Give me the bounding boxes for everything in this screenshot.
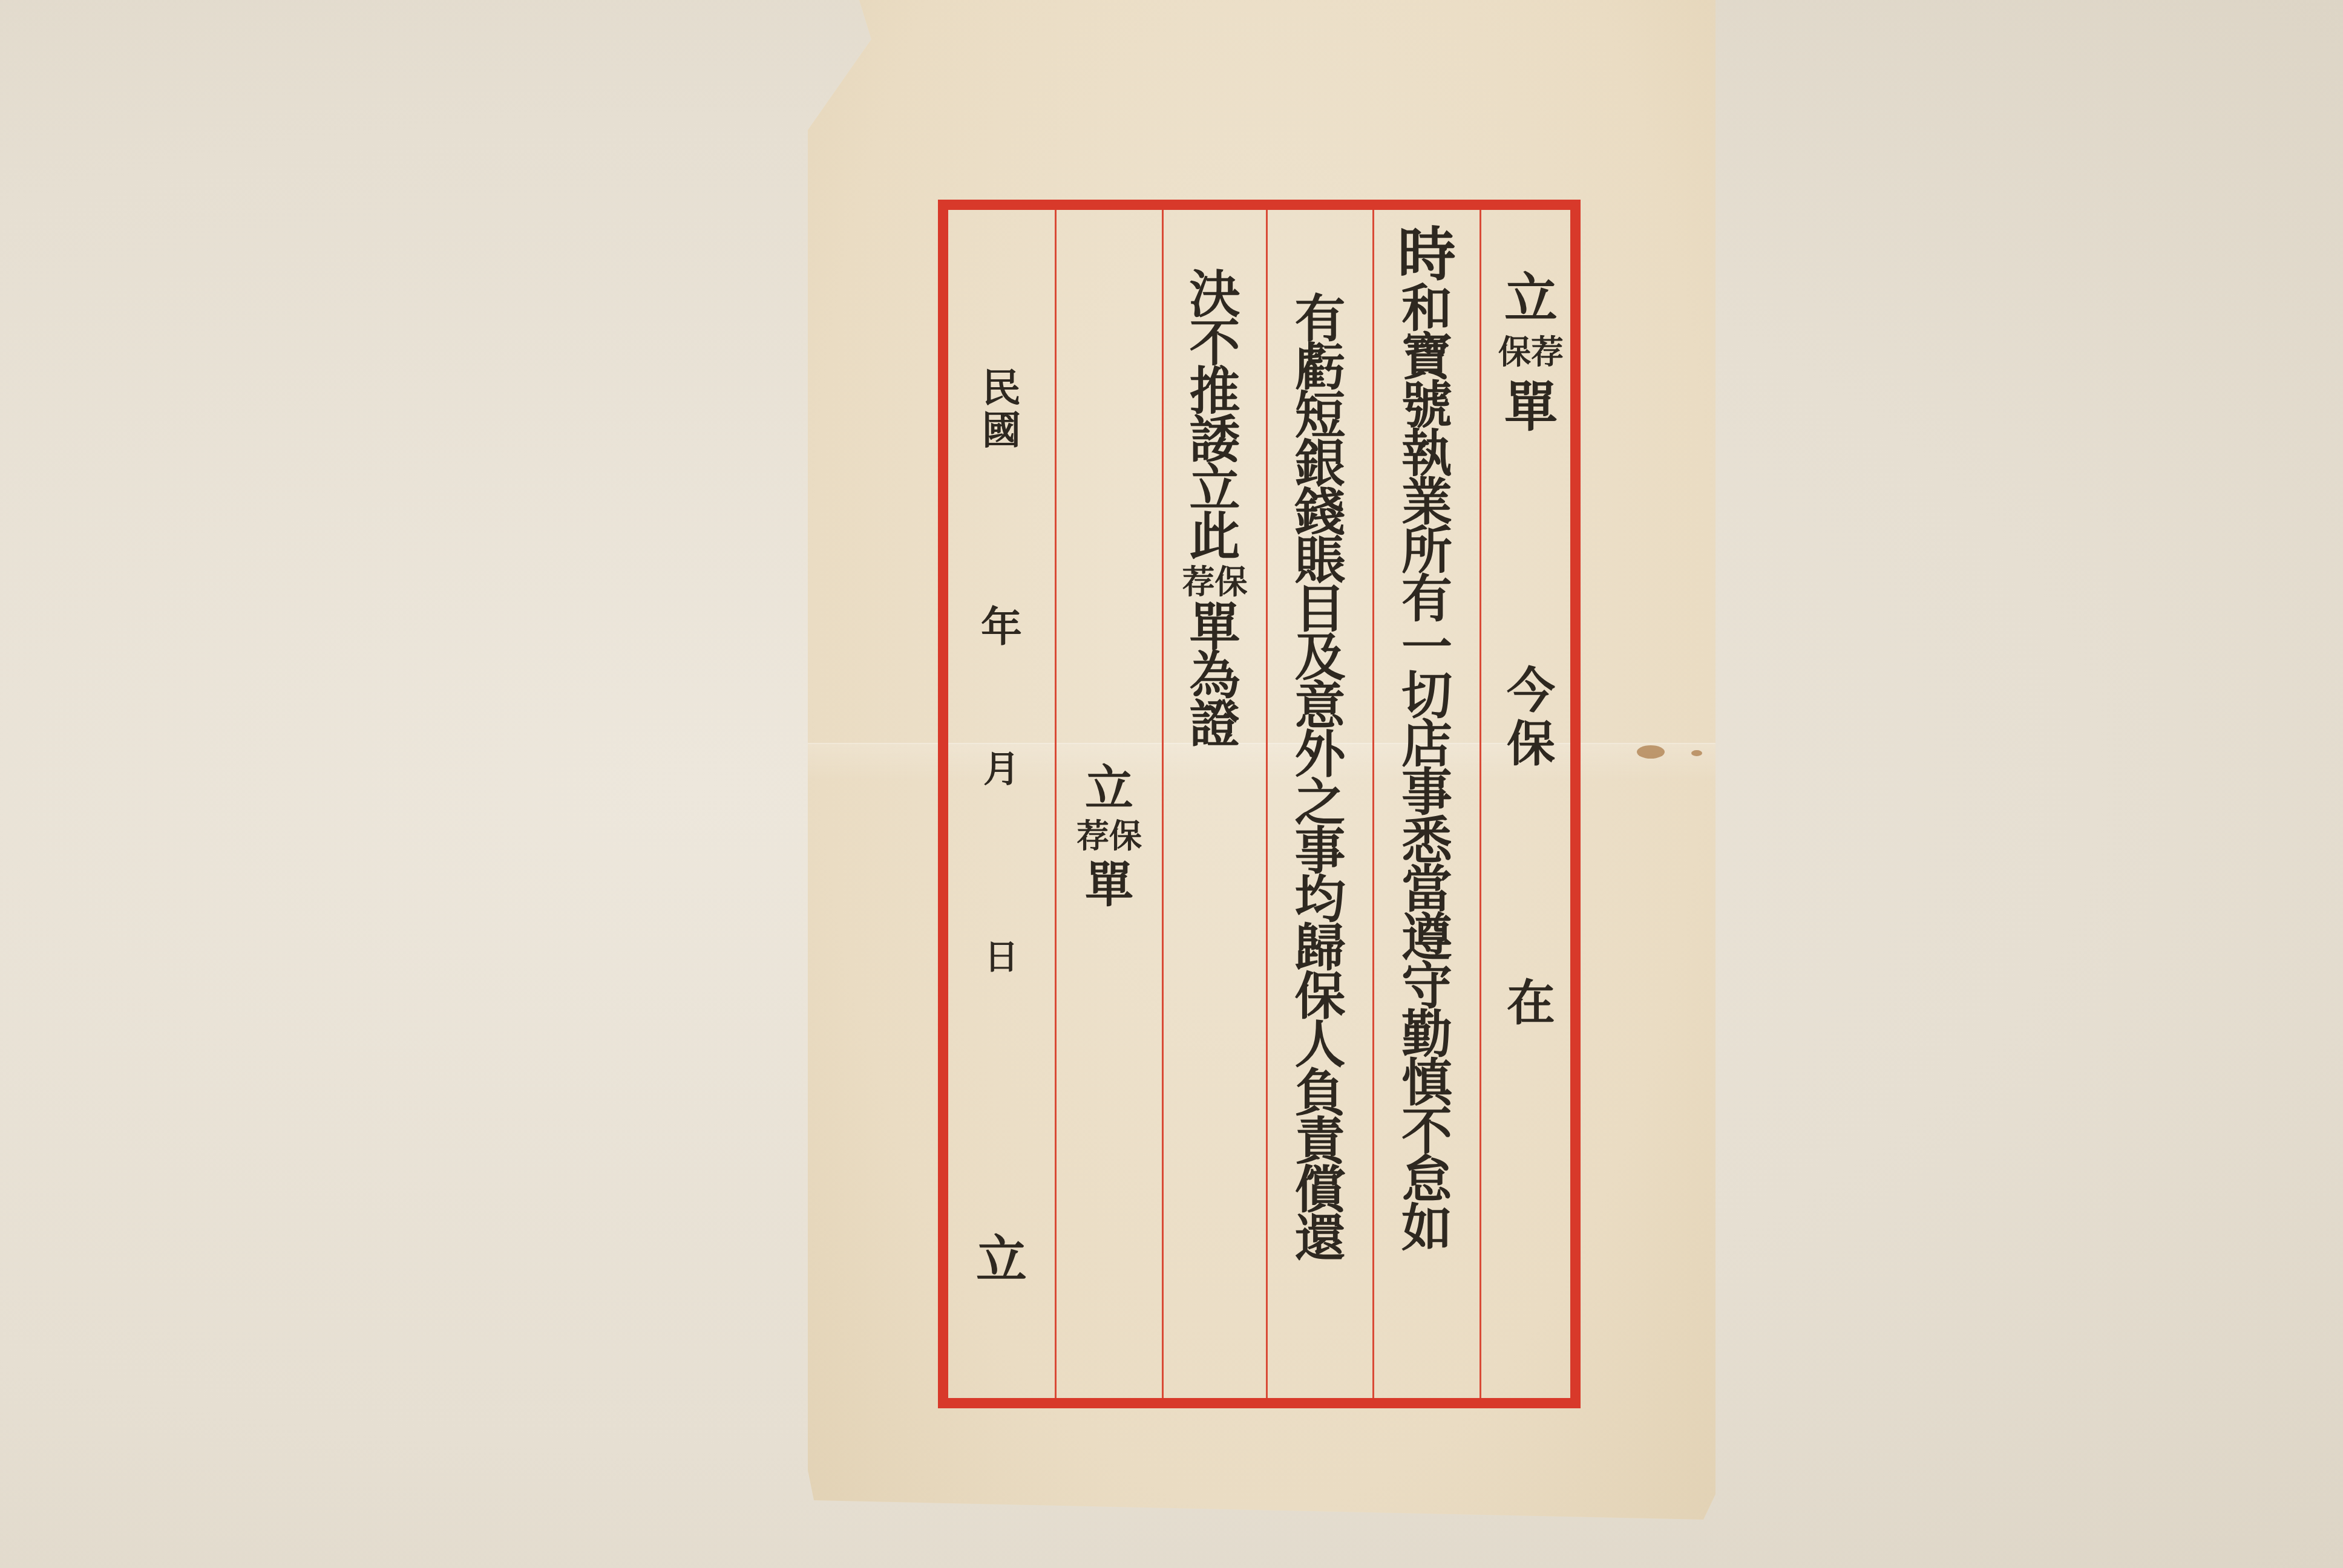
body-column-2: 有 虧 短 銀 錢 賬 目 及 意 外 之 事 均 歸 保 人 負 責 償 還 bbox=[1268, 210, 1372, 1398]
signer-char-li: 立 bbox=[1085, 760, 1133, 815]
date-char-li: 立 bbox=[976, 1232, 1027, 1287]
body-char: 如 bbox=[1401, 1204, 1452, 1252]
date-char-year: 年 bbox=[981, 603, 1022, 652]
title-char-li: 立 bbox=[1504, 264, 1558, 331]
date-column: 民 國 年 月 日 立 bbox=[948, 210, 1055, 1398]
body-column-1: 時 和 寶 號 執 業 所 有 一 切 店 事 悉 當 遵 守 勤 慎 不 怠 … bbox=[1374, 210, 1480, 1398]
body-char: 銀 bbox=[1294, 440, 1345, 488]
body-char: 此 bbox=[1189, 512, 1240, 561]
date-char: 國 bbox=[982, 410, 1021, 452]
body-char: 所 bbox=[1401, 526, 1452, 575]
body-char: 單 bbox=[1189, 603, 1240, 652]
body-char: 勤 bbox=[1401, 1010, 1452, 1059]
body-char: 及 bbox=[1294, 633, 1345, 682]
body-char: 決 bbox=[1189, 270, 1240, 319]
body-char: 有 bbox=[1401, 575, 1452, 623]
body-char: 當 bbox=[1401, 865, 1452, 913]
body-char: 諉 bbox=[1189, 416, 1240, 464]
small-char: 荐 bbox=[1182, 566, 1215, 598]
body-char: 保 bbox=[1294, 972, 1345, 1021]
body-char: 一 bbox=[1401, 623, 1452, 671]
body-char: 切 bbox=[1401, 671, 1452, 720]
body-char: 均 bbox=[1294, 875, 1345, 924]
body-column-3: 決 不 推 諉 立 此 保 荐 單 為 證 bbox=[1164, 210, 1266, 1398]
signer-small-pair: 保 荐 bbox=[1076, 815, 1142, 857]
body-char: 和 bbox=[1401, 284, 1452, 333]
date-char: 民 bbox=[982, 367, 1021, 410]
body-char: 不 bbox=[1189, 319, 1240, 367]
body-char: 時 bbox=[1398, 225, 1456, 284]
body-char: 短 bbox=[1294, 391, 1345, 440]
body-char: 為 bbox=[1189, 652, 1240, 700]
body-char: 負 bbox=[1294, 1069, 1345, 1117]
title-column: 立 荐 保 單 今 保 在 bbox=[1481, 210, 1581, 1398]
signer-column: 立 保 荐 單 bbox=[1057, 210, 1162, 1398]
body-char: 之 bbox=[1294, 779, 1345, 827]
body-char: 業 bbox=[1401, 478, 1452, 526]
body-char: 號 bbox=[1401, 381, 1452, 430]
body-char: 事 bbox=[1401, 768, 1452, 817]
body-char: 怠 bbox=[1401, 1155, 1452, 1204]
title-char-jin: 今 bbox=[1507, 664, 1555, 717]
body-char: 人 bbox=[1294, 1021, 1345, 1069]
body-char: 寶 bbox=[1401, 333, 1452, 381]
date-char-month: 月 bbox=[983, 748, 1020, 791]
body-char: 證 bbox=[1189, 700, 1240, 748]
body-char: 店 bbox=[1401, 720, 1452, 768]
date-char-day: 日 bbox=[985, 936, 1018, 978]
title-char-zai: 在 bbox=[1507, 976, 1555, 1029]
title-char-bao: 保 bbox=[1507, 717, 1555, 770]
title-small-pair: 荐 保 bbox=[1498, 331, 1564, 373]
body-char: 立 bbox=[1189, 464, 1240, 512]
body-char: 守 bbox=[1401, 962, 1452, 1010]
body-char: 遵 bbox=[1401, 913, 1452, 962]
body-char: 目 bbox=[1294, 585, 1345, 633]
body-char: 事 bbox=[1294, 827, 1345, 875]
body-char: 歸 bbox=[1294, 924, 1345, 972]
body-char: 執 bbox=[1401, 430, 1452, 478]
small-char: 荐 bbox=[1531, 336, 1564, 368]
small-char: 荐 bbox=[1076, 820, 1109, 852]
body-char: 推 bbox=[1189, 367, 1240, 416]
body-char: 外 bbox=[1294, 730, 1345, 779]
body-char: 虧 bbox=[1294, 343, 1345, 391]
small-char: 保 bbox=[1109, 820, 1142, 852]
body-char: 不 bbox=[1401, 1107, 1452, 1155]
body-char: 錢 bbox=[1294, 488, 1345, 537]
title-char-dan: 單 bbox=[1504, 373, 1558, 440]
body-char: 責 bbox=[1294, 1117, 1345, 1166]
body-char: 意 bbox=[1294, 682, 1345, 730]
small-char: 保 bbox=[1215, 566, 1248, 598]
body-char: 有 bbox=[1294, 295, 1345, 343]
body-char: 悉 bbox=[1401, 817, 1452, 865]
body-char: 慎 bbox=[1401, 1059, 1452, 1107]
body-char: 償 bbox=[1294, 1166, 1345, 1214]
signer-char-dan: 單 bbox=[1085, 857, 1133, 912]
body-char: 賬 bbox=[1294, 537, 1345, 585]
stain-mark bbox=[1691, 750, 1702, 756]
body-char: 還 bbox=[1294, 1214, 1345, 1263]
stain-mark bbox=[1637, 745, 1665, 759]
small-char: 保 bbox=[1498, 336, 1531, 368]
